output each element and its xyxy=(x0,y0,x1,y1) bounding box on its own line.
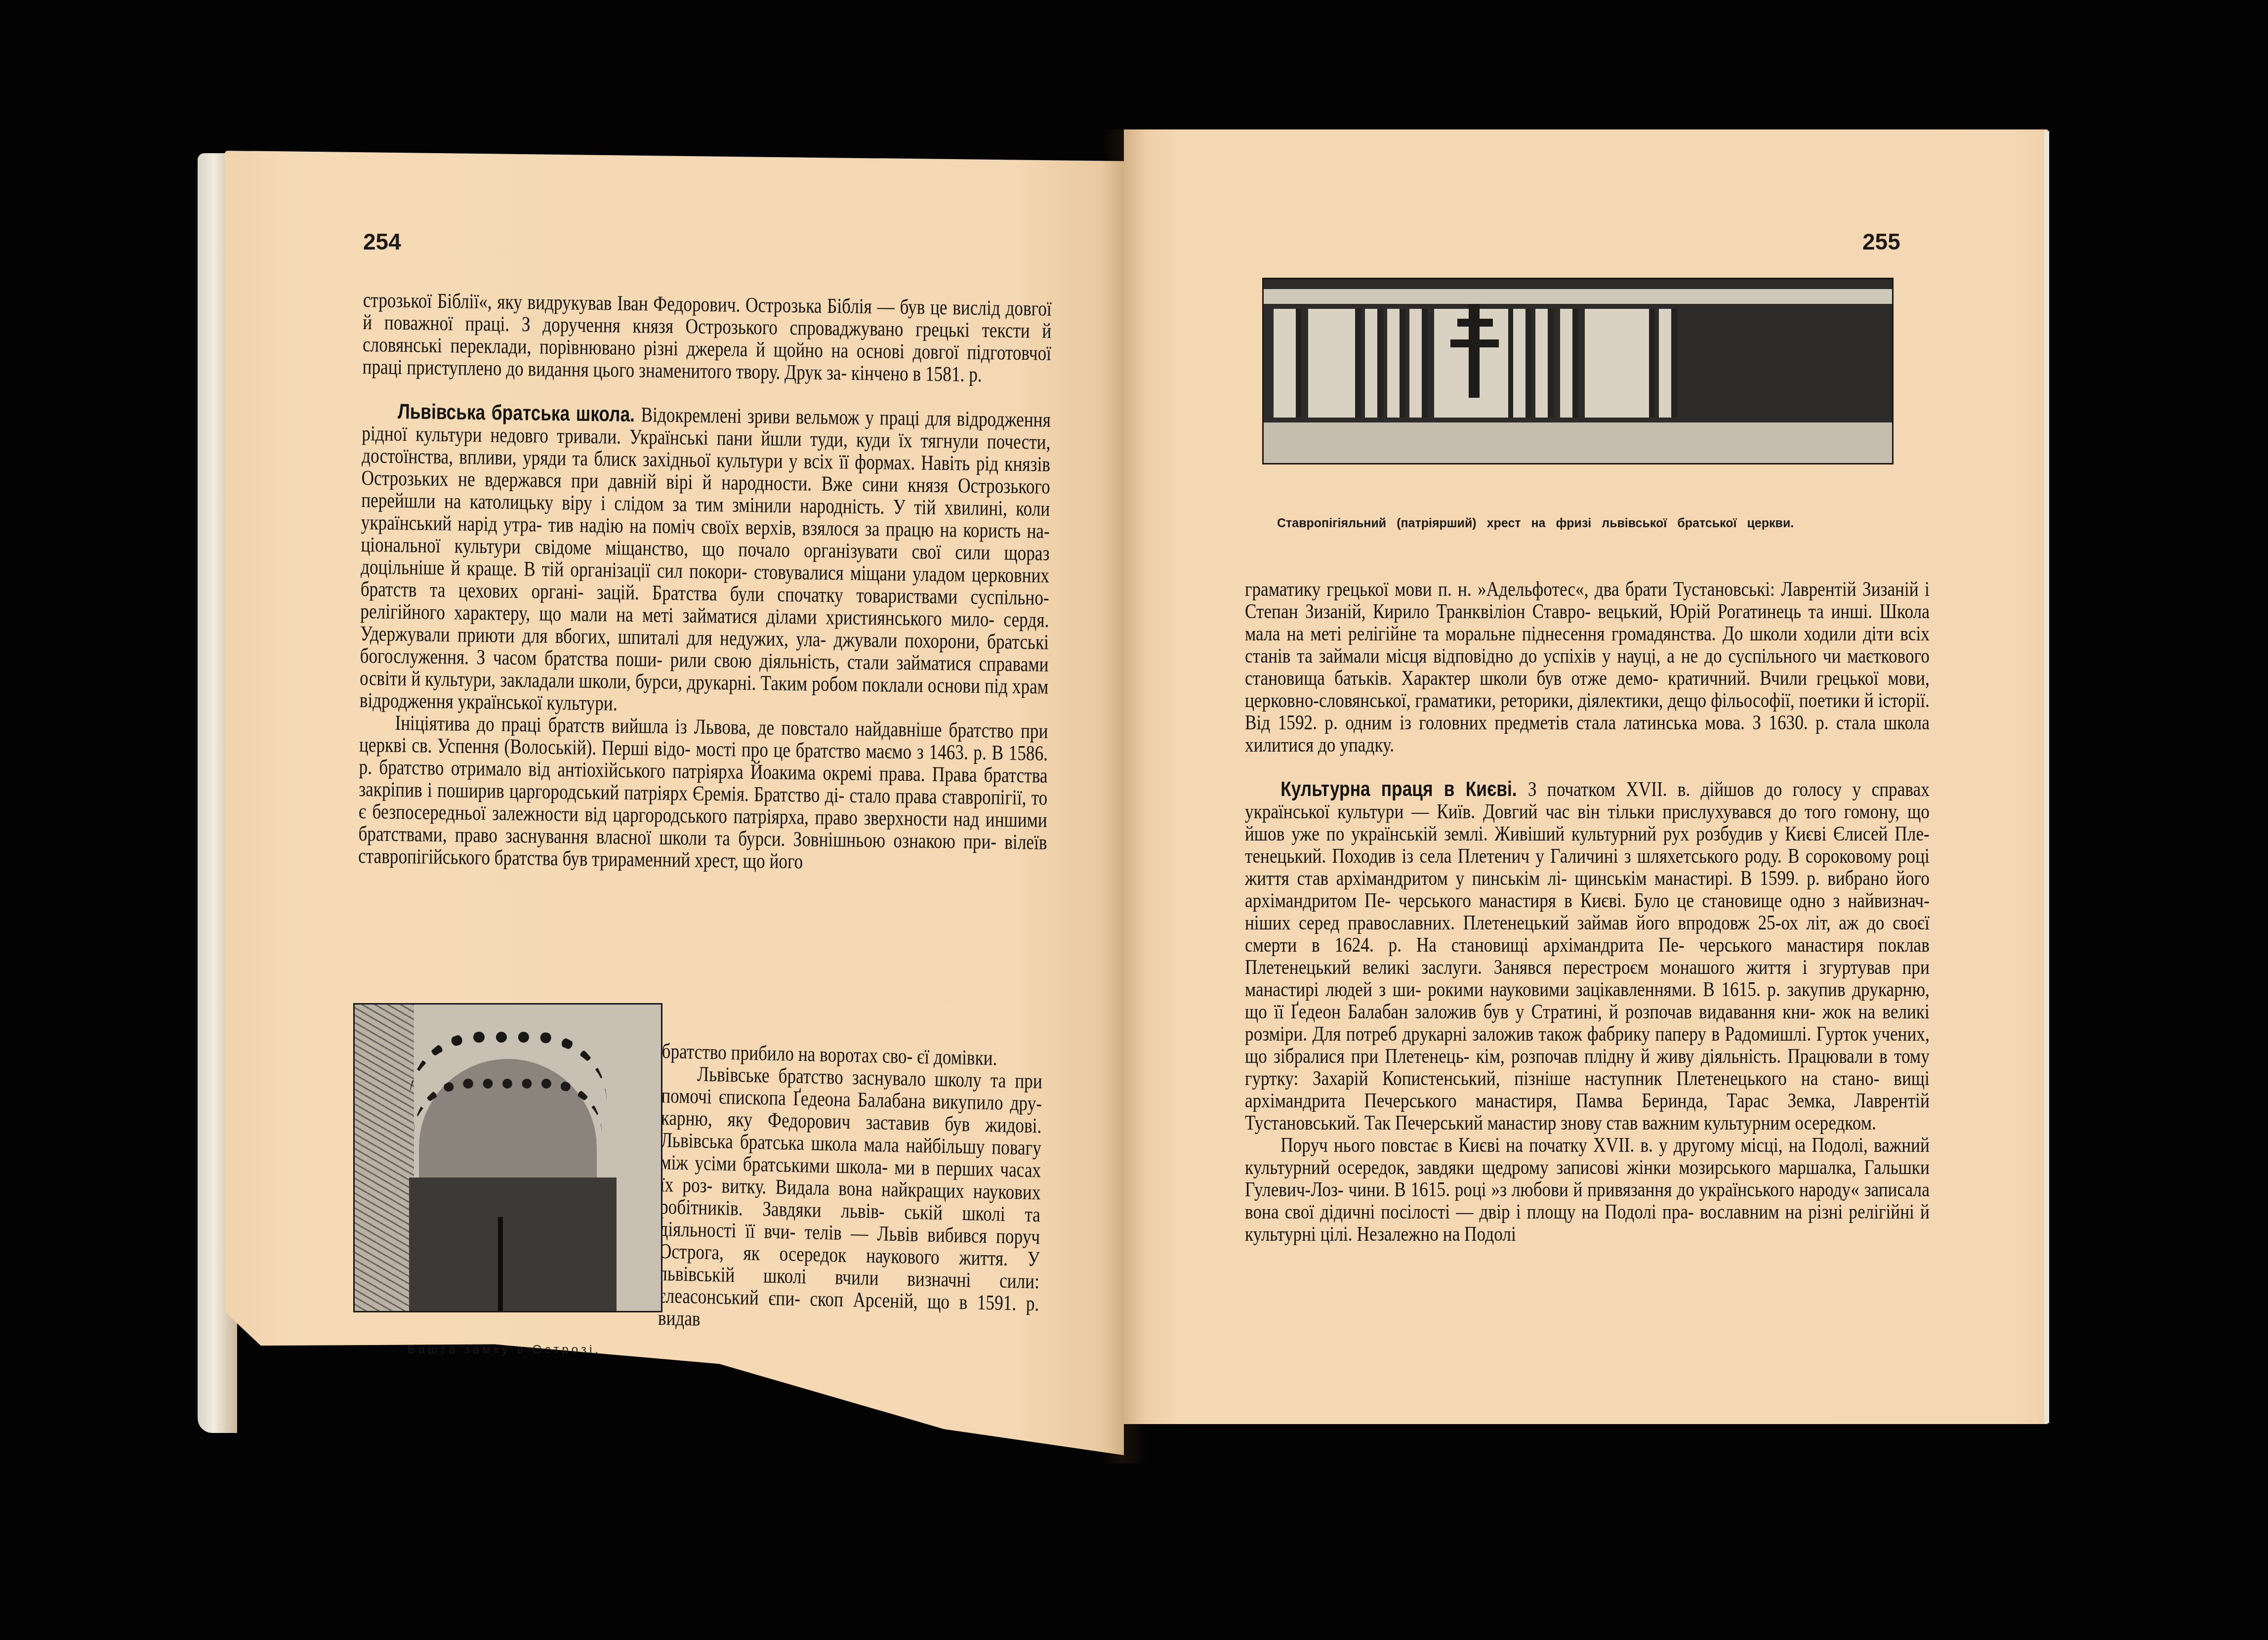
patriarchal-cross-icon xyxy=(1469,304,1480,398)
frieze-photo xyxy=(1262,278,1894,464)
text-line: її Ґедеон Балабан заложив був у Стратині… xyxy=(1274,1000,1822,1023)
cross-bar-main xyxy=(1450,339,1499,347)
paragraph: Ініціятива до праці братств вийшла із Ль… xyxy=(358,712,1048,876)
text-line: кінчено в 1581. р. xyxy=(851,362,982,386)
frieze-top-band xyxy=(1264,289,1892,304)
left-text-top: строзької Біблії«, яку видрукував Іван Ф… xyxy=(358,289,1052,876)
text-line: черського манастиря в Києві. Було це ста… xyxy=(1399,889,1930,912)
frieze-column xyxy=(1365,309,1383,418)
frieze-relief-figures xyxy=(1308,309,1361,418)
right-text: граматику грецької мови п. н. »Адельфоте… xyxy=(1245,578,1930,1245)
paragraph: граматику грецької мови п. н. »Адельфоте… xyxy=(1245,578,1930,756)
page-number-right: 255 xyxy=(1862,228,1900,255)
text-line: одним із головних предметів стала латинс… xyxy=(1345,711,1884,734)
frieze-column xyxy=(1560,309,1578,418)
tower-cornice xyxy=(414,1079,602,1133)
tower-caption: Башта замку в Острозі. xyxy=(408,1343,601,1357)
frieze-relief-scene xyxy=(1585,309,1655,418)
text-line: чини. В 1615. році »з любови й привязанн… xyxy=(1348,1178,1864,1201)
text-line: став важним культурним осередком. xyxy=(1607,1111,1876,1135)
frieze-column xyxy=(1659,309,1677,418)
frieze-caption: Ставропігіяльний (патріярший) хрест на ф… xyxy=(1277,516,1794,531)
text-line: тенецький. Походив із села Плетенич у Га… xyxy=(1245,844,1744,868)
frieze-column xyxy=(1274,309,1302,418)
right-page-edges xyxy=(2044,131,2049,1423)
pole xyxy=(498,1217,503,1311)
text-line: граматику грецької мови п. н. »Адельфоте… xyxy=(1245,578,1781,601)
frieze-column xyxy=(1387,309,1405,418)
paragraph: Львівське братство заснувало школу та пр… xyxy=(658,1062,1042,1337)
frieze-base xyxy=(1264,422,1892,463)
paragraph: Львівська братська школа. Відокремлені з… xyxy=(360,400,1051,720)
page-number-left: 254 xyxy=(363,228,401,255)
paragraph: строзької Біблії«, яку видрукував Іван Ф… xyxy=(362,289,1051,387)
frieze-column xyxy=(1409,309,1428,418)
paragraph: Поруч нього повстає в Києві на початку X… xyxy=(1245,1134,1930,1245)
frieze-column xyxy=(1535,309,1554,418)
tower-base-wall xyxy=(409,1177,617,1311)
text-line: Поруч нього повстає в Києві на початку X… xyxy=(1280,1134,1740,1157)
text-line: єї домівки. xyxy=(917,1045,997,1070)
text-line: Захарій Копистенський, пізніше наступник… xyxy=(1313,1067,1894,1090)
tower-photo xyxy=(353,1003,662,1312)
tree-branches xyxy=(355,1005,414,1311)
paragraph: Культурна праця в Києві. З початком XVII… xyxy=(1245,778,1930,1134)
text-line: та займали місця відповідно до успіхів у… xyxy=(1297,644,1823,668)
text-line: ніших серед православних. Плетенецький з… xyxy=(1245,911,1807,934)
text-line: З початком XVII. в. дійшов до xyxy=(1528,778,1793,801)
frieze-column xyxy=(1513,309,1531,418)
left-text-narrow: братство прибило на воротах сво- єї домі… xyxy=(658,1040,1043,1337)
text-line: землі. Живіший культурний рух розбудив у… xyxy=(1444,822,1929,845)
cross-bar-top xyxy=(1457,319,1493,327)
section-heading: Культурна праця в Києві. xyxy=(1280,777,1528,801)
